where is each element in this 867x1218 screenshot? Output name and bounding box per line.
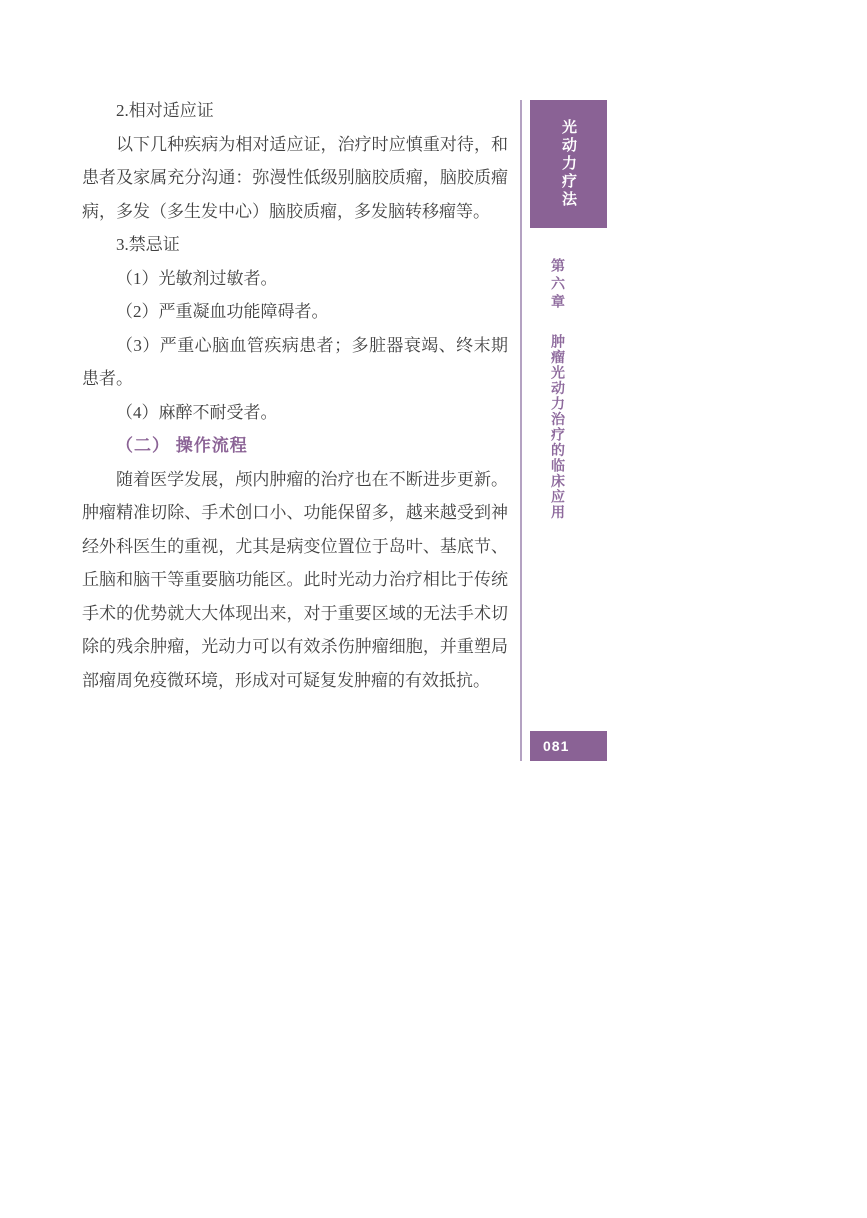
sidebar-vertical-rule [520,100,522,761]
heading-relative-indications: 2.相对适应证 [82,94,508,128]
book-title-tab: 光动力疗法 [530,100,607,228]
paragraph-relative-indications: 以下几种疾病为相对适应证，治疗时应慎重对待，和患者及家属充分沟通：弥漫性低级别脑… [82,128,508,229]
heading-contraindications: 3.禁忌证 [82,228,508,262]
contraindication-item-1: （1）光敏剂过敏者。 [82,262,508,296]
main-text-column: 2.相对适应证 以下几种疾病为相对适应证，治疗时应慎重对待，和患者及家属充分沟通… [82,94,508,697]
chapter-number: 第六章 [550,258,566,312]
contraindication-item-4: （4）麻醉不耐受者。 [82,396,508,430]
contraindication-item-2: （2）严重凝血功能障碍者。 [82,295,508,329]
page-number-badge: 081 [530,731,607,761]
chapter-label: 第六章 肿瘤光动力治疗的临床应用 [548,258,568,738]
chapter-title: 肿瘤光动力治疗的临床应用 [550,334,566,520]
contraindication-item-3: （3）严重心脑血管疾病患者；多脏器衰竭、终末期患者。 [82,329,508,396]
book-title-vertical-text: 光动力疗法 [558,119,579,209]
book-page: 2.相对适应证 以下几种疾病为相对适应证，治疗时应慎重对待，和患者及家属充分沟通… [0,0,867,1218]
paragraph-operation-procedure: 随着医学发展，颅内肿瘤的治疗也在不断进步更新。肿瘤精准切除、手术创口小、功能保留… [82,463,508,698]
heading-operation-procedure: （二） 操作流程 [82,429,508,463]
